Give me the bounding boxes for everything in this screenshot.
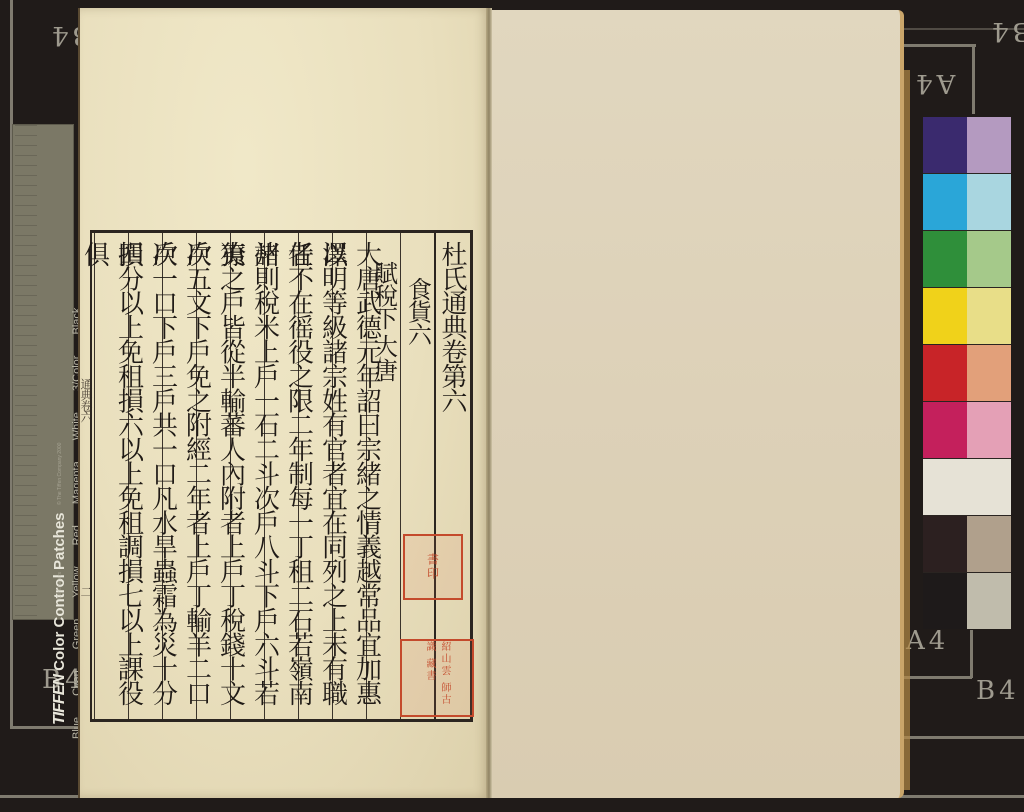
board-line (898, 736, 1024, 739)
left-page: 通典卷六 二 杜氏通典卷第六 食貨六 賦稅下 大唐 大唐武德元年詔曰宗緒之情義越… (78, 8, 490, 798)
ruler-brand: TIFFEN Color Control Patches (51, 512, 69, 725)
patch-cyan-light (967, 174, 1011, 230)
size-mark-a4-top-right: A4 (912, 68, 955, 98)
patch-magenta-light (967, 402, 1011, 458)
right-page-blank (492, 10, 904, 798)
section-heading: 食貨六 (401, 277, 435, 344)
patch-green (923, 231, 967, 287)
ruler-units: Centimeters (57, 572, 63, 599)
patch-blue-light (967, 117, 1011, 173)
board-line (10, 726, 80, 729)
patch-black-light (967, 573, 1011, 629)
red-seal-lower: 紹山雲 師古識 藏書 (400, 639, 474, 717)
text-column: 四分以上免租損六以上免租調損七以上課役俱 (94, 233, 128, 719)
patch-green-light (967, 231, 1011, 287)
patch-red-light (967, 345, 1011, 401)
patch-blue (923, 117, 967, 173)
patch-3color (923, 516, 967, 572)
patch-yellow-light (967, 288, 1011, 344)
color-patch-card (922, 116, 1012, 630)
ruler-ticks (15, 125, 37, 619)
red-seal-upper: 書印 (403, 534, 463, 600)
book-spread: 通典卷六 二 杜氏通典卷第六 食貨六 賦稅下 大唐 大唐武德元年詔曰宗緒之情義越… (78, 8, 900, 798)
book-title: 杜氏通典卷第六 (435, 241, 469, 412)
board-line (900, 44, 976, 47)
size-mark-b4-top-right: B4 (988, 16, 1024, 46)
board-line (970, 628, 973, 678)
patch-red (923, 345, 967, 401)
tiffen-color-control-ruler: TIFFEN Color Control Patches Blue Cyan G… (12, 124, 74, 620)
patch-yellow (923, 288, 967, 344)
size-mark-b4-bottom-right: B4 (976, 676, 1020, 706)
printed-text-frame: 杜氏通典卷第六 食貨六 賦稅下 大唐 大唐武德元年詔曰宗緒之情義越常品宜加惠澤 … (90, 230, 473, 722)
patch-cyan (923, 174, 967, 230)
ruler-copyright: © The Tiffen Company 2000 (57, 443, 63, 505)
patch-white (923, 459, 1011, 515)
patch-magenta (923, 402, 967, 458)
patch-black (923, 573, 967, 629)
column-text: 四分以上免租損六以上免租調損七以上課役俱 (78, 241, 146, 719)
size-mark-a4-bottom-right: A4 (906, 626, 949, 656)
patch-3color-light (967, 516, 1011, 572)
board-line (972, 44, 975, 114)
tiffen-logo: TIFFEN (51, 675, 68, 725)
